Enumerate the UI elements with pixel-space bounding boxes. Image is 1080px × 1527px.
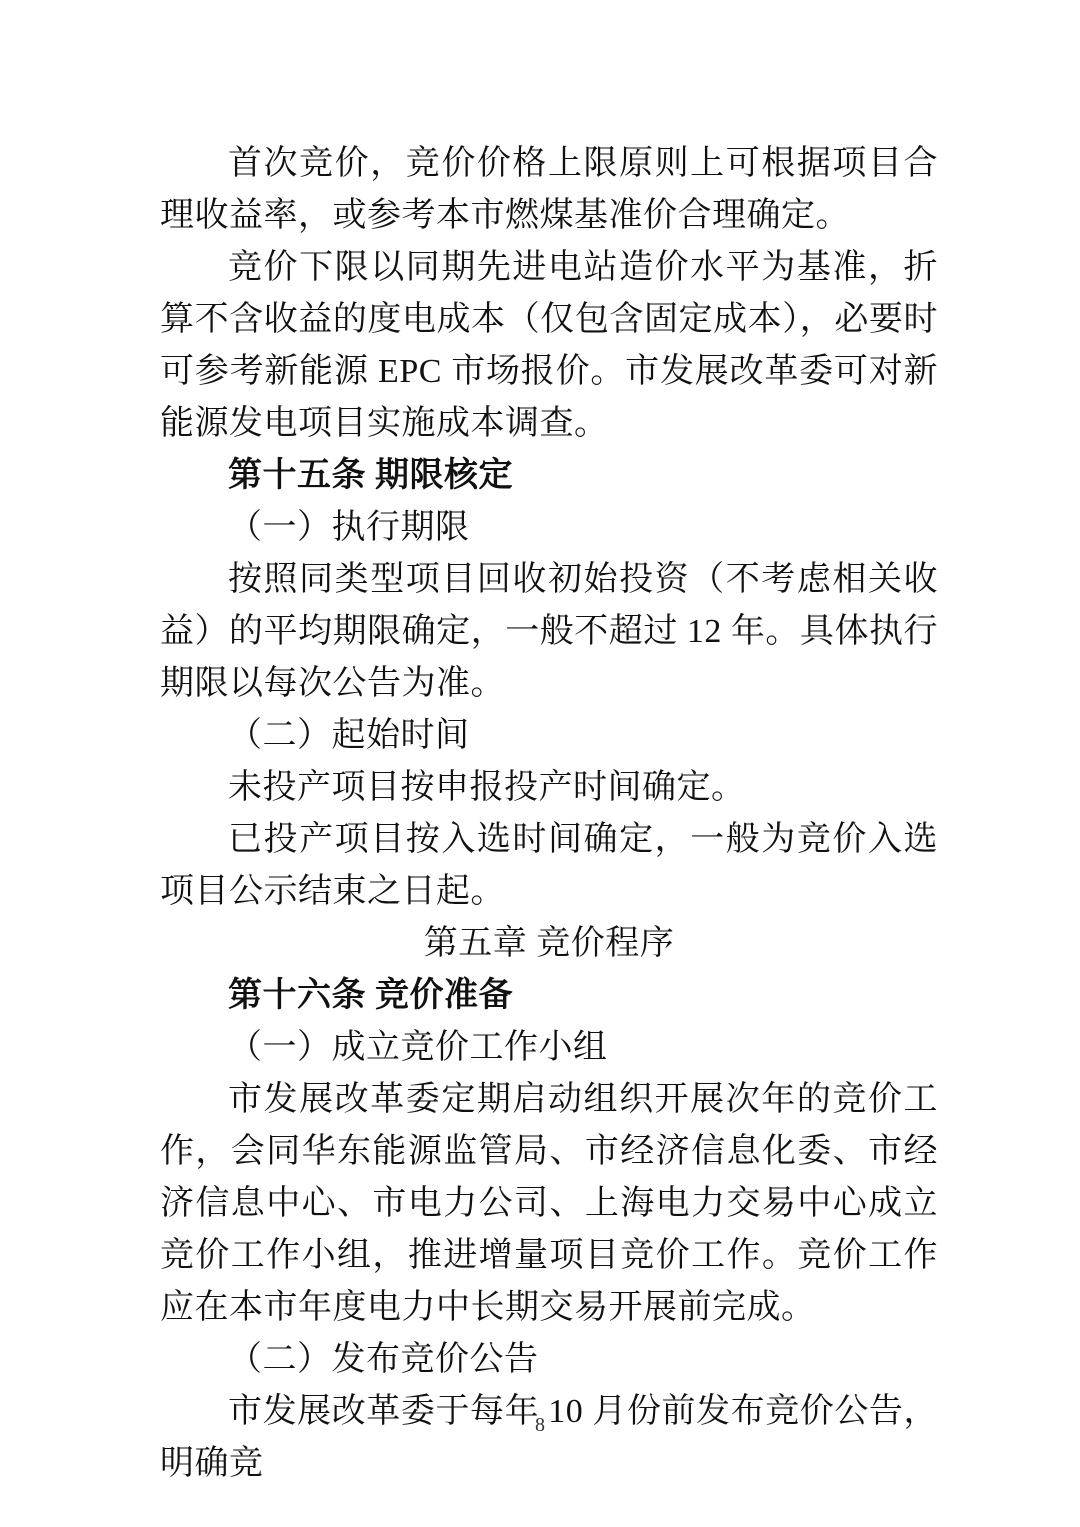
page-number: 8: [0, 1414, 1080, 1437]
article-heading: 第十六条 竞价准备: [160, 970, 938, 1022]
paragraph: （二）起始时间: [160, 710, 938, 762]
paragraph: 市发展改革委定期启动组织开展次年的竞价工作，会同华东能源监管局、市经济信息化委、…: [160, 1074, 938, 1334]
paragraph: （一）执行期限: [160, 502, 938, 554]
paragraph: 按照同类型项目回收初始投资（不考虑相关收益）的平均期限确定，一般不超过 12 年…: [160, 554, 938, 710]
chapter-heading: 第五章 竞价程序: [160, 918, 938, 970]
paragraph: （一）成立竞价工作小组: [160, 1022, 938, 1074]
paragraph: 首次竞价，竞价价格上限原则上可根据项目合理收益率，或参考本市燃煤基准价合理确定。: [160, 138, 938, 242]
paragraph: 市发展改革委于每年 10 月份前发布竞价公告，明确竞: [160, 1386, 938, 1490]
document-content: 首次竞价，竞价价格上限原则上可根据项目合理收益率，或参考本市燃煤基准价合理确定。…: [160, 138, 938, 1490]
paragraph: 已投产项目按入选时间确定，一般为竞价入选项目公示结束之日起。: [160, 814, 938, 918]
article-heading: 第十五条 期限核定: [160, 450, 938, 502]
paragraph: 未投产项目按申报投产时间确定。: [160, 762, 938, 814]
paragraph: （二）发布竞价公告: [160, 1334, 938, 1386]
document-page: 首次竞价，竞价价格上限原则上可根据项目合理收益率，或参考本市燃煤基准价合理确定。…: [0, 0, 1080, 1527]
paragraph: 竞价下限以同期先进电站造价水平为基准，折算不含收益的度电成本（仅包含固定成本），…: [160, 242, 938, 450]
